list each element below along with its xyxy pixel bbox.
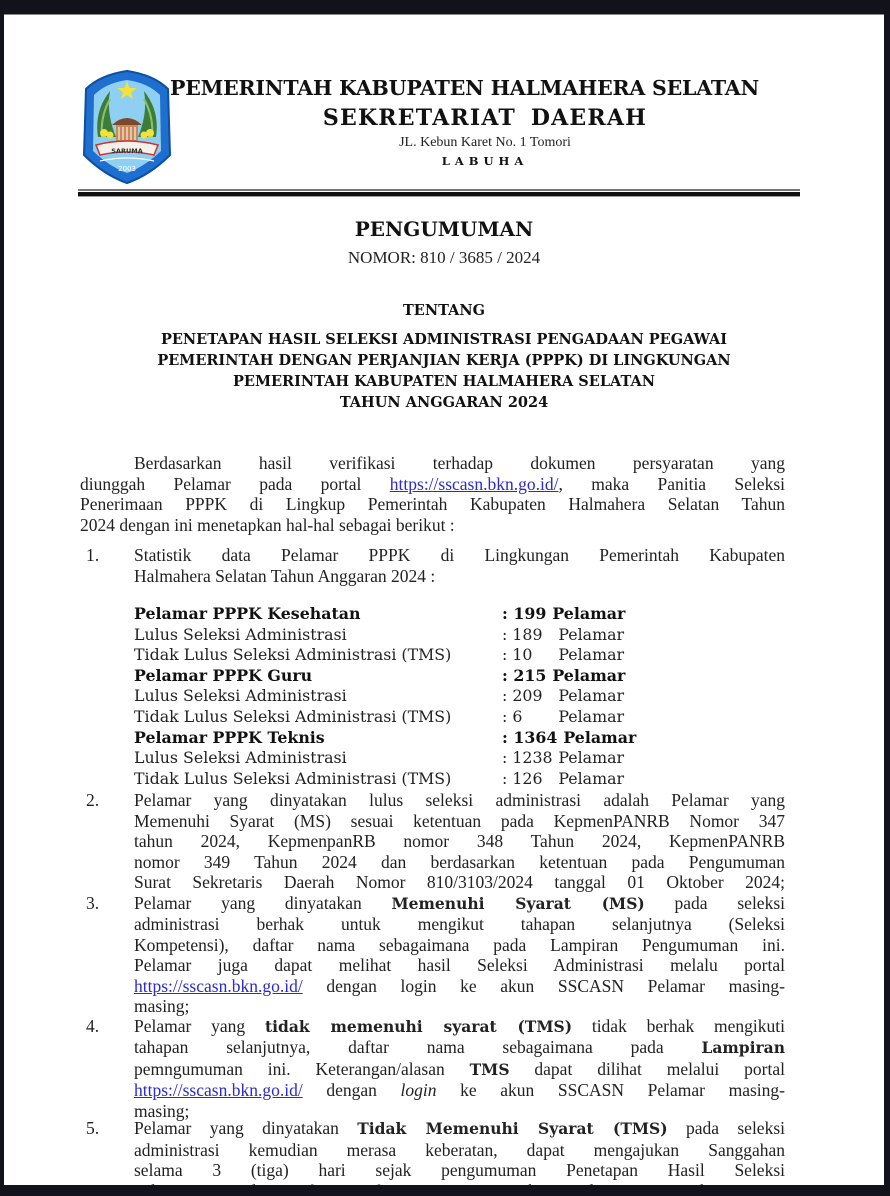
statistics-label: Lulus Seleksi Administrasi <box>134 748 347 769</box>
statistics-value: : 189Pelamar <box>502 625 624 646</box>
statistics-value: : 199Pelamar <box>502 604 625 625</box>
statistics-label: Tidak Lulus Seleksi Administrasi (TMS) <box>134 769 451 790</box>
subject-line: TAHUN ANGGARAN 2024 <box>4 392 884 413</box>
statistics-value: : 215Pelamar <box>502 666 625 687</box>
statistics-value: : 126Pelamar <box>502 769 624 790</box>
viewer-bottom-edge <box>0 1185 890 1196</box>
subject-line: PENETAPAN HASIL SELEKSI ADMINISTRASI PEN… <box>4 329 884 350</box>
item-1-text: Statistik data Pelamar PPPK di Lingkunga… <box>134 545 785 586</box>
statistics-label: Lulus Seleksi Administrasi <box>134 686 347 707</box>
statistics-label: Pelamar PPPK Guru <box>134 666 312 687</box>
statistics-label: Pelamar PPPK Kesehatan <box>134 604 361 625</box>
intro-line: diunggah Pelamar pada portal https://ssc… <box>80 474 785 495</box>
statistics-label: Lulus Seleksi Administrasi <box>134 625 347 646</box>
svg-text:2003: 2003 <box>118 165 136 173</box>
ms-status: Memenuhi Syarat (MS) <box>392 894 645 913</box>
statistics-label: Tidak Lulus Seleksi Administrasi (TMS) <box>134 645 451 666</box>
intro-line: Penerimaan PPPK di Lingkup Pemerintah Ka… <box>80 494 785 515</box>
statistics-category-row: Pelamar PPPK Guru: 215Pelamar <box>134 666 694 687</box>
statistics-row: Lulus Seleksi Administrasi: 1238Pelamar <box>134 748 694 769</box>
letterhead-divider-bottom <box>78 196 800 197</box>
letterhead-city: LABUHA <box>170 154 800 168</box>
item-number: 4. <box>86 1016 99 1037</box>
item-number: 5. <box>86 1118 99 1139</box>
sscasn-portal-link[interactable]: https://sscasn.bkn.go.id/ <box>134 1080 303 1100</box>
applicant-statistics: Pelamar PPPK Kesehatan: 199PelamarLulus … <box>134 604 694 789</box>
announcement-subject: PENETAPAN HASIL SELEKSI ADMINISTRASI PEN… <box>4 329 884 413</box>
tms-status: Tidak Memenuhi Syarat (TMS) <box>357 1119 667 1138</box>
statistics-category-row: Pelamar PPPK Teknis: 1364Pelamar <box>134 728 694 749</box>
regency-crest-icon: SARUMA 2003 <box>80 67 174 185</box>
statistics-row: Lulus Seleksi Administrasi: 209Pelamar <box>134 686 694 707</box>
letterhead-office: SEKRETARIAT DAERAH <box>170 105 800 131</box>
intro-paragraph-cont: diunggah Pelamar pada portal https://ssc… <box>80 474 785 536</box>
item-number: 2. <box>86 790 99 811</box>
intro-line: Berdasarkan hasil verifikasi terhadap do… <box>134 453 785 474</box>
item-3-text: Pelamar yang dinyatakan Memenuhi Syarat … <box>134 893 785 1017</box>
sscasn-portal-link[interactable]: https://sscasn.bkn.go.id/ <box>390 474 559 494</box>
intro-paragraph: Berdasarkan hasil verifikasi terhadap do… <box>134 453 785 474</box>
statistics-label: Pelamar PPPK Teknis <box>134 728 325 749</box>
item-number: 3. <box>86 893 99 914</box>
announcement-title: PENGUMUMAN <box>4 217 884 241</box>
sscasn-portal-link[interactable]: https://sscasn.bkn.go.id/ <box>134 976 303 996</box>
statistics-row: Tidak Lulus Seleksi Administrasi (TMS): … <box>134 645 694 666</box>
statistics-value: : 10Pelamar <box>502 645 624 666</box>
item-4-text: Pelamar yang tidak memenuhi syarat (TMS)… <box>134 1016 785 1122</box>
letterhead-divider <box>78 189 800 191</box>
letterhead-address: JL. Kebun Karet No. 1 Tomori <box>170 135 800 151</box>
subject-line: PEMERINTAH DENGAN PERJANJIAN KERJA (PPPK… <box>4 350 884 371</box>
document-page: SARUMA 2003 PEMERINTAH KABUPATEN HALMAHE… <box>4 14 884 1185</box>
subject-line: PEMERINTAH KABUPATEN HALMAHERA SELATAN <box>4 371 884 392</box>
statistics-label: Tidak Lulus Seleksi Administrasi (TMS) <box>134 707 451 728</box>
statistics-row: Tidak Lulus Seleksi Administrasi (TMS): … <box>134 707 694 728</box>
statistics-row: Tidak Lulus Seleksi Administrasi (TMS): … <box>134 769 694 790</box>
announcement-about: TENTANG <box>4 302 884 319</box>
statistics-value: : 6Pelamar <box>502 707 624 728</box>
statistics-value: : 1364Pelamar <box>502 728 636 749</box>
letterhead-government: PEMERINTAH KABUPATEN HALMAHERA SELATAN <box>170 76 800 100</box>
announcement-number: NOMOR: 810 / 3685 / 2024 <box>4 248 884 268</box>
intro-line: 2024 dengan ini menetapkan hal-hal sebag… <box>80 515 785 536</box>
item-number: 1. <box>86 545 99 566</box>
item-2-text: Pelamar yang dinyatakan lulus seleksi ad… <box>134 790 785 893</box>
statistics-value: : 209Pelamar <box>502 686 624 707</box>
svg-text:SARUMA: SARUMA <box>111 147 143 155</box>
statistics-value: : 1238Pelamar <box>502 748 624 769</box>
item-5-text: Pelamar yang dinyatakan Tidak Memenuhi S… <box>134 1118 785 1185</box>
statistics-row: Lulus Seleksi Administrasi: 189Pelamar <box>134 625 694 646</box>
statistics-category-row: Pelamar PPPK Kesehatan: 199Pelamar <box>134 604 694 625</box>
tms-status: tidak memenuhi syarat (TMS) <box>265 1017 572 1036</box>
